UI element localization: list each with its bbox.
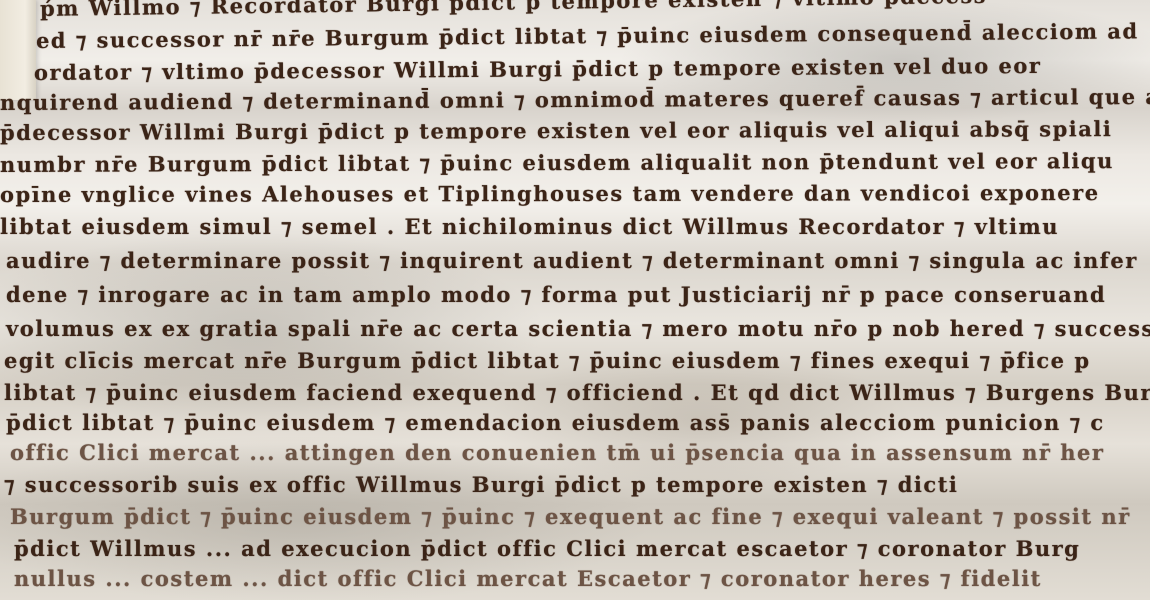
manuscript-line: offic Clici mercat ... attingen den conu… — [10, 440, 1104, 465]
manuscript-line: opīne vnglice vines Alehouses et Tipling… — [0, 180, 1100, 207]
manuscript-line: nquirend audiend ⁊ determinand̄ omni ⁊ o… — [0, 84, 1150, 115]
manuscript-line: libtat ⁊ p̄uinc eiusdem faciend exequend… — [4, 380, 1150, 405]
manuscript-line: ṕm Willmo ⁊ Recordator Burgi p̄dict p te… — [40, 0, 987, 21]
parchment-fold-edge — [0, 0, 36, 100]
manuscript-line: egit clīcis mercat nr̄e Burgum p̄dict li… — [4, 348, 1091, 373]
manuscript-photo: ṕm Willmo ⁊ Recordator Burgi p̄dict p te… — [0, 0, 1150, 600]
manuscript-line: p̄dict Willmus ... ad execucion p̄dict o… — [14, 536, 1080, 561]
manuscript-line: libtat eiusdem simul ⁊ semel . Et nichil… — [0, 214, 1059, 239]
manuscript-line: p̄dict libtat ⁊ p̄uinc eiusdem ⁊ emendac… — [6, 410, 1105, 435]
manuscript-line: nullus ... costem ... dict offic Clici m… — [14, 566, 1042, 591]
manuscript-line: p̄decessor Willmi Burgi p̄dict p tempore… — [0, 116, 1112, 145]
manuscript-line: volumus ex ex gratia spali nr̄e ac certa… — [6, 316, 1150, 341]
manuscript-line: numbr nr̄e Burgum p̄dict libtat ⁊ p̄uinc… — [0, 148, 1114, 177]
manuscript-line: ed ⁊ successor nr̄ nr̄e Burgum p̄dict li… — [36, 18, 1139, 53]
manuscript-line: ⁊ successorib suis ex offic Willmus Burg… — [4, 472, 958, 497]
manuscript-line: Burgum p̄dict ⁊ p̄uinc eiusdem ⁊ p̄uinc … — [10, 504, 1131, 529]
manuscript-line: dene ⁊ inrogare ac in tam amplo modo ⁊ f… — [6, 282, 1106, 307]
manuscript-line: audire ⁊ determinare possit ⁊ inquirent … — [6, 248, 1138, 273]
manuscript-line: ordator ⁊ vltimo p̄decessor Willmi Burgi… — [34, 53, 1042, 85]
